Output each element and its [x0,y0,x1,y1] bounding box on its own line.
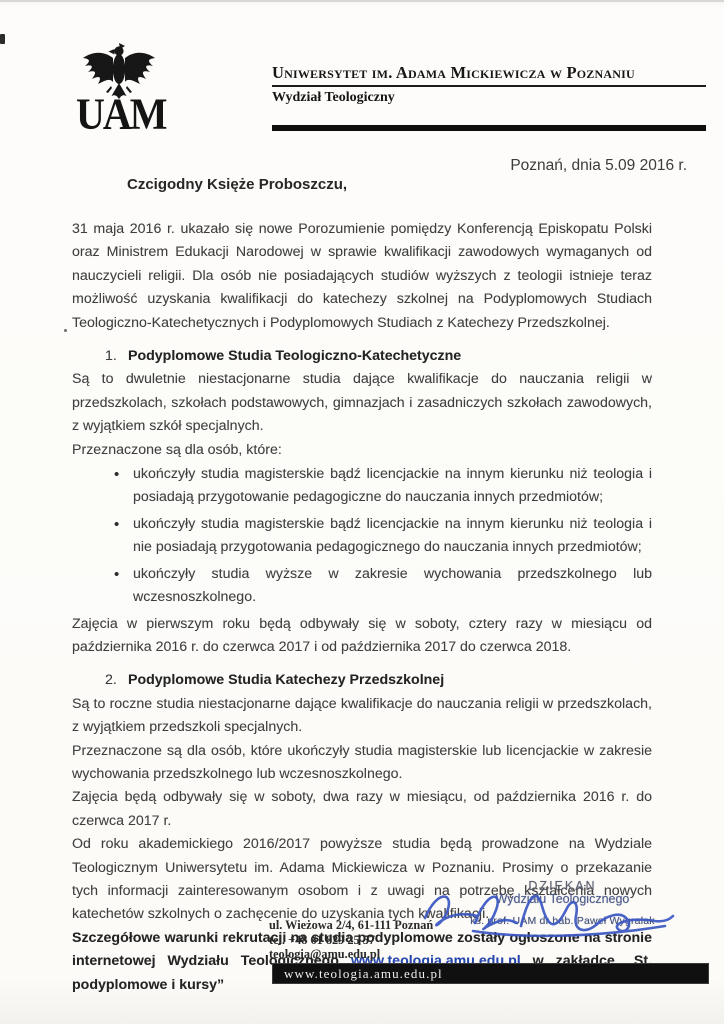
section-2-schedule: Zajęcia będą odbywały się w soboty, dwa … [72,786,652,833]
footer-website-text: www.teologia.amu.edu.pl [272,963,709,984]
section-1-heading: 1.Podyplomowe Studia Teologiczno-Kateche… [105,345,652,368]
footer-email: teologia@amu.edu.pl [269,947,433,962]
header-rule [272,125,706,131]
uam-logo: UAM [76,42,162,134]
paragraph-intro: 31 maja 2016 r. ukazało się nowe Porozum… [72,218,652,335]
footer-address-block: ul. Wieżowa 2/4, 61-111 Poznań tel. +48 … [269,918,433,962]
scanned-letter-page: UAM Uniwersytet im. Adama Mickiewicza w … [0,0,724,1024]
scan-artifact [0,34,5,44]
university-name: Uniwersytet im. Adama Mickiewicza w Pozn… [272,64,706,87]
scan-artifact-dot [64,329,67,332]
salutation: Czcigodny Księże Proboszczu, [127,176,347,193]
section-1-number: 1. [105,345,128,368]
section-1-schedule: Zajęcia w pierwszym roku będą odbywały s… [72,613,652,660]
handwritten-signature [415,882,683,943]
bullet-item: ukończyły studia wyższe w zakresie wycho… [133,563,652,610]
section-2-lead: Przeznaczone są dla osób, które ukończył… [72,740,652,787]
date-line: Poznań, dnia 5.09 2016 r. [510,157,687,175]
section-2-heading: 2.Podyplomowe Studia Katechezy Przedszko… [105,669,652,692]
bullet-item: ukończyły studia magisterskie bądź licen… [133,463,652,510]
footer-street: ul. Wieżowa 2/4, 61-111 Poznań [269,918,433,933]
logo-text: UAM [76,92,162,137]
section-1-intro: Są to dwuletnie niestacjonarne studia da… [72,368,652,438]
section-1-lead: Przeznaczone są dla osób, które: [72,439,652,462]
faculty-name: Wydział Teologiczny [272,90,706,106]
section-2-intro: Są to roczne studia niestacjonarne dając… [72,693,652,740]
bullet-item: ukończyły studia magisterskie bądź licen… [133,513,652,560]
section-2-number: 2. [105,669,128,692]
section-2-title: Podyplomowe Studia Katechezy Przedszkoln… [128,672,444,688]
letterhead: Uniwersytet im. Adama Mickiewicza w Pozn… [272,64,706,106]
section-1-bullets: ukończyły studia magisterskie bądź licen… [72,463,652,609]
footer-phone: tel. +48 61 829 25 57 [269,933,433,948]
footer-website-bar: www.teologia.amu.edu.pl [272,963,709,984]
section-1-title: Podyplomowe Studia Teologiczno-Katechety… [128,348,461,364]
